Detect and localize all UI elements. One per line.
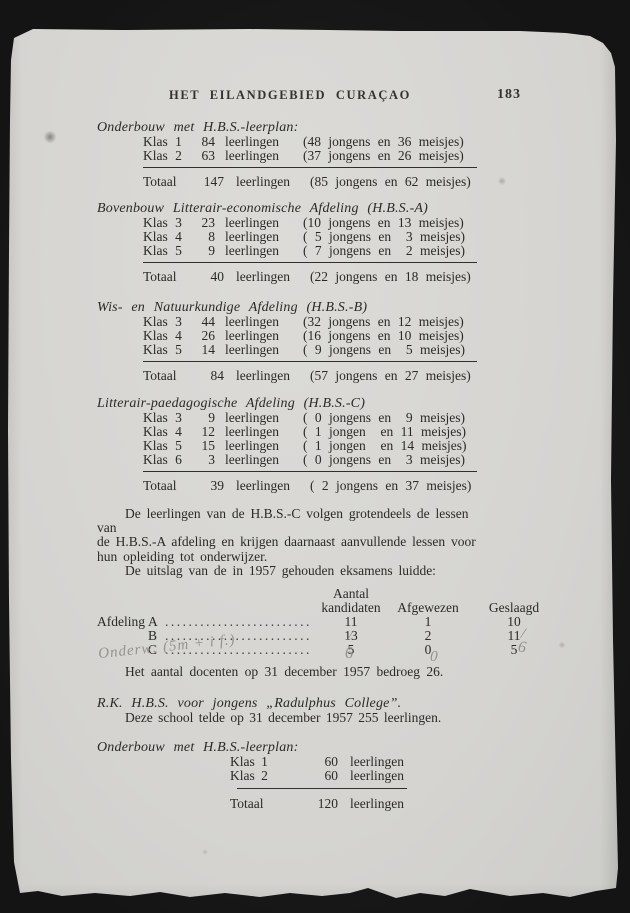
klas-label: Klas 6	[143, 453, 193, 467]
aantal-value: 26	[193, 329, 215, 343]
unit-label: leerlingen	[215, 315, 299, 329]
class-row: Klas 5 14 leerlingen ( 9 jongens en 5 me…	[143, 343, 483, 357]
aantal-value: 44	[193, 315, 215, 329]
total-label: Totaal	[143, 479, 195, 493]
col-header-line2: kandidaten	[321, 600, 380, 615]
aantal-value: 9	[193, 411, 215, 425]
class-row: Klas 5 15 leerlingen ( 1 jongen en 14 me…	[143, 439, 483, 453]
detail-text: (48 jongens en 36 meisjes)	[299, 135, 483, 149]
unit-label: leerlingen	[338, 769, 483, 783]
col-header-geslaagd: Geslaagd	[471, 601, 557, 615]
detail-text: (57 jongens en 27 meisjes)	[308, 369, 483, 383]
class-row: Klas 1 84 leerlingen (48 jongens en 36 m…	[143, 135, 483, 149]
aantal-value: 15	[193, 439, 215, 453]
detail-text: ( 0 jongens en 3 meisjes)	[299, 453, 483, 467]
sum-rule	[143, 471, 477, 472]
aantal-value: 40	[195, 270, 224, 284]
exam-row: Afdeling A ........................... 1…	[97, 615, 547, 629]
unit-label: leerlingen	[215, 135, 299, 149]
aantal-value: 147	[195, 175, 224, 189]
class-row: Klas 4 12 leerlingen ( 1 jongen en 11 me…	[143, 425, 483, 439]
sum-rule	[143, 262, 477, 263]
paragraph-line: De leerlingen van de H.B.S.-C volgen gro…	[97, 507, 483, 535]
afdeling-word: Afdeling	[97, 615, 148, 629]
unit-label: leerlingen	[215, 425, 299, 439]
aantal-value: 3	[193, 453, 215, 467]
pencil-correction-kandidaten: 6	[344, 645, 353, 664]
section-title: Litterair-paedagogische Afdeling (H.B.S.…	[97, 397, 483, 411]
aantal-value: 14	[193, 343, 215, 357]
aantal-value: 84	[193, 135, 215, 149]
afdeling-letter: A	[148, 615, 165, 629]
pencil-correction-afgewezen: 0	[430, 649, 438, 666]
aantal-value: 39	[195, 479, 224, 493]
paragraph-line: hun opleiding tot onderwijzer.	[97, 550, 483, 565]
aantal-value: 23	[193, 216, 215, 230]
aantal-value: 120	[292, 797, 338, 811]
klas-label: Klas 3	[143, 411, 193, 425]
class-row: Klas 3 23 leerlingen (10 jongens en 13 m…	[143, 216, 483, 230]
class-row: Klas 2 63 leerlingen (37 jongens en 26 m…	[143, 149, 483, 163]
detail-text: (37 jongens en 26 meisjes)	[299, 149, 483, 163]
total-row: Totaal 147 leerlingen (85 jongens en 62 …	[143, 175, 483, 189]
running-header: HET EILANDGEBIED CURAÇAO 183	[97, 88, 483, 104]
class-row: Klas 4 26 leerlingen (16 jongens en 10 m…	[143, 329, 483, 343]
paragraph-line: de H.B.S.-A afdeling en krijgen daarnaas…	[97, 535, 483, 550]
klas-label: Klas 2	[230, 769, 292, 783]
school-line: Deze school telde op 31 december 1957 25…	[125, 711, 483, 725]
col-header-afgewezen: Afgewezen	[385, 601, 471, 615]
unit-label: leerlingen	[224, 369, 308, 383]
class-row: Klas 1 60 leerlingen	[230, 755, 483, 769]
unit-label: leerlingen	[215, 244, 299, 258]
sum-rule	[237, 788, 407, 789]
detail-text: (22 jongens en 18 meisjes)	[308, 270, 483, 284]
class-row: Klas 4 8 leerlingen ( 5 jongens en 3 mei…	[143, 230, 483, 244]
unit-label: leerlingen	[215, 230, 299, 244]
unit-label: leerlingen	[215, 216, 299, 230]
class-row: Klas 5 9 leerlingen ( 7 jongens en 2 mei…	[143, 244, 483, 258]
exam-row-label: Afdeling A ...........................	[97, 615, 317, 629]
aantal-value: 9	[193, 244, 215, 258]
page-content: HET EILANDGEBIED CURAÇAO 183 Onderbouw m…	[97, 88, 483, 811]
col-header-kandidaten: Aantal kandidaten	[317, 587, 385, 615]
total-label: Totaal	[143, 270, 195, 284]
sum-rule	[143, 167, 477, 168]
detail-text: ( 2 jongens en 37 meisjes)	[308, 479, 483, 493]
detail-text: ( 9 jongens en 5 meisjes)	[299, 343, 483, 357]
last-table: Klas 1 60 leerlingen Klas 2 60 leerlinge…	[230, 755, 483, 783]
detail-text: ( 0 jongens en 9 meisjes)	[299, 411, 483, 425]
value-kandidaten: 11	[317, 615, 385, 629]
unit-label: leerlingen	[215, 411, 299, 425]
value-geslaagd: 10	[471, 615, 557, 629]
empty-header-cell	[97, 587, 317, 615]
klas-label: Klas 5	[143, 439, 193, 453]
total-row: Totaal 40 leerlingen (22 jongens en 18 m…	[143, 270, 483, 284]
scan-background: HET EILANDGEBIED CURAÇAO 183 Onderbouw m…	[0, 0, 630, 913]
school-title: R.K. H.B.S. voor jongens „Radulphus Coll…	[97, 697, 483, 711]
klas-label: Klas 5	[143, 343, 193, 357]
class-row: Klas 6 3 leerlingen ( 0 jongens en 3 mei…	[143, 453, 483, 467]
detail-text: ( 1 jongen en 14 meisjes)	[299, 439, 483, 453]
total-label: Totaal	[230, 797, 292, 811]
unit-label: leerlingen	[224, 175, 308, 189]
col-header-line1: Aantal	[333, 586, 369, 601]
dots-leader: ...........................	[165, 615, 311, 629]
klas-label: Klas 4	[143, 425, 193, 439]
unit-label: leerlingen	[215, 343, 299, 357]
afdeling-word	[97, 629, 148, 643]
klas-label: Klas 1	[143, 135, 193, 149]
klas-label: Klas 5	[143, 244, 193, 258]
total-label: Totaal	[143, 369, 195, 383]
detail-text: (32 jongens en 12 meisjes)	[299, 315, 483, 329]
header-title: HET EILANDGEBIED CURAÇAO	[169, 88, 411, 102]
total-row: Totaal 84 leerlingen (57 jongens en 27 m…	[143, 369, 483, 383]
aantal-value: 84	[195, 369, 224, 383]
aantal-value: 60	[292, 769, 338, 783]
sum-rule	[143, 361, 477, 362]
detail-text: ( 7 jongens en 2 meisjes)	[299, 244, 483, 258]
unit-label: leerlingen	[215, 329, 299, 343]
detail-text: (16 jongens en 10 meisjes)	[299, 329, 483, 343]
value-geslaagd: 11	[471, 629, 557, 643]
klas-label: Klas 4	[143, 230, 193, 244]
detail-text: (10 jongens en 13 meisjes)	[299, 216, 483, 230]
exam-table-header: Aantal kandidaten Afgewezen Geslaagd	[97, 587, 547, 615]
klas-label: Klas 1	[230, 755, 292, 769]
aantal-value: 60	[292, 755, 338, 769]
total-row: Totaal 39 leerlingen ( 2 jongens en 37 m…	[143, 479, 483, 493]
section-title: Onderbouw met H.B.S.-leerplan:	[97, 121, 483, 135]
detail-text: (85 jongens en 62 meisjes)	[308, 175, 483, 189]
value-afgewezen: 2	[385, 629, 471, 643]
total-label: Totaal	[143, 175, 195, 189]
class-row: Klas 3 44 leerlingen (32 jongens en 12 m…	[143, 315, 483, 329]
value-geslaagd: 5	[471, 643, 557, 657]
section-title: Onderbouw met H.B.S.-leerplan:	[97, 741, 483, 755]
unit-label: leerlingen	[338, 797, 483, 811]
detail-text: ( 1 jongen en 11 meisjes)	[299, 425, 483, 439]
unit-label: leerlingen	[215, 453, 299, 467]
page-number: 183	[497, 88, 521, 102]
section-title: Bovenbouw Litterair-economische Afdeling…	[97, 202, 483, 216]
value-afgewezen: 0	[385, 643, 471, 657]
total-row: Totaal 120 leerlingen	[230, 797, 483, 811]
klas-label: Klas 4	[143, 329, 193, 343]
aantal-value: 63	[193, 149, 215, 163]
klas-label: Klas 3	[143, 216, 193, 230]
aantal-value: 8	[193, 230, 215, 244]
detail-text: ( 5 jongens en 3 meisjes)	[299, 230, 483, 244]
paragraph-line: De uitslag van de in 1957 gehouden eksam…	[97, 564, 483, 579]
section-title: Wis- en Natuurkundige Afdeling (H.B.S.-B…	[97, 301, 483, 315]
unit-label: leerlingen	[338, 755, 483, 769]
unit-label: leerlingen	[224, 479, 308, 493]
klas-label: Klas 2	[143, 149, 193, 163]
class-row: Klas 3 9 leerlingen ( 0 jongens en 9 mei…	[143, 411, 483, 425]
klas-label: Klas 3	[143, 315, 193, 329]
class-row: Klas 2 60 leerlingen	[230, 769, 483, 783]
unit-label: leerlingen	[224, 270, 308, 284]
value-afgewezen: 1	[385, 615, 471, 629]
aantal-value: 12	[193, 425, 215, 439]
scanned-page: HET EILANDGEBIED CURAÇAO 183 Onderbouw m…	[0, 0, 630, 913]
body-paragraph: De leerlingen van de H.B.S.-C volgen gro…	[97, 507, 483, 579]
unit-label: leerlingen	[215, 149, 299, 163]
docenten-line: Het aantal docenten op 31 december 1957 …	[125, 665, 483, 679]
unit-label: leerlingen	[215, 439, 299, 453]
